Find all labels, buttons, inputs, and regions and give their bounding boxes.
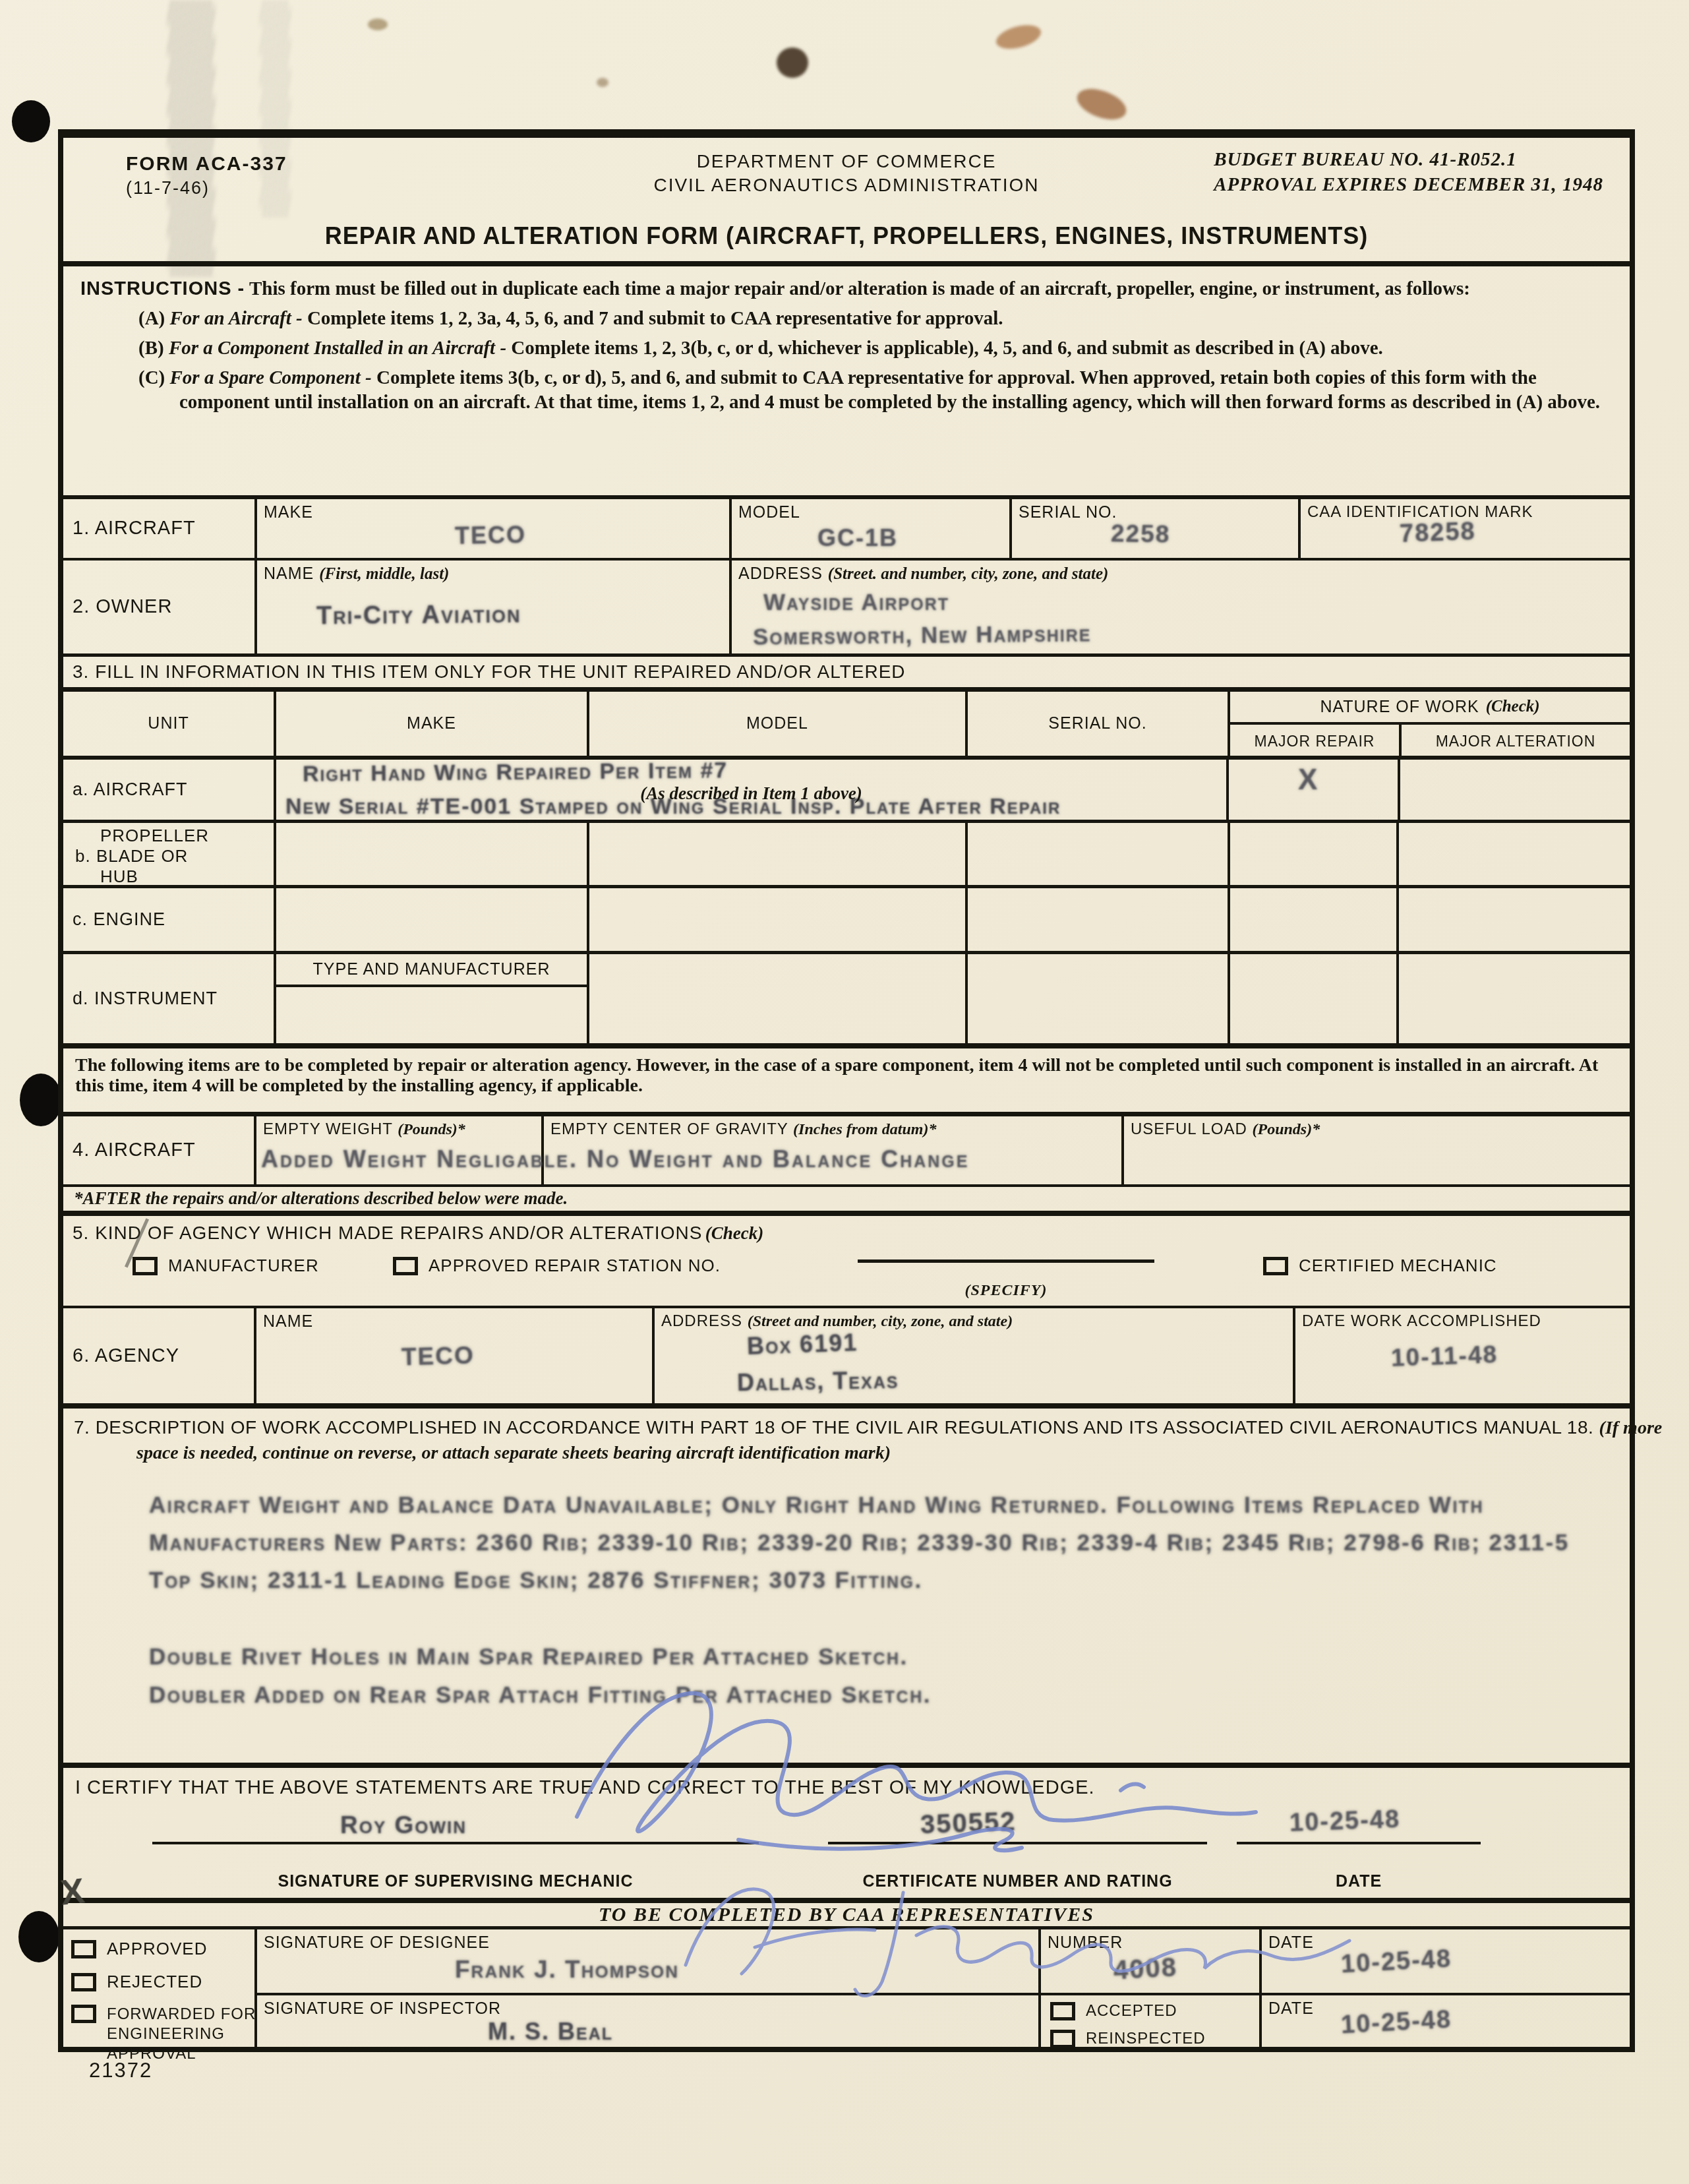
item6-date-cell: DATE WORK ACCOMPLISHED 10-11-48: [1293, 1308, 1630, 1403]
row-d-unit-cell: d. INSTRUMENT: [63, 954, 274, 1043]
agency-address-stamp-line1: Box 6191: [746, 1329, 858, 1360]
reinspected-option: REINSPECTED: [1050, 2030, 1206, 2048]
row-a-description-cell: Right Hand Wing Repaired Per Item #7 (As…: [274, 760, 1226, 820]
item3-table-header: UNIT MAKE MODEL SERIAL NO. NATURE OF WOR…: [63, 687, 1630, 756]
agency-name-stamp: TECO: [401, 1342, 475, 1372]
repair-station-option: APPROVED REPAIR STATION NO.: [393, 1256, 721, 1276]
item2-name-cell: NAME (First, middle, last) Tri-City Avia…: [254, 561, 729, 653]
repair-station-label: APPROVED REPAIR STATION NO.: [429, 1256, 721, 1276]
inspector-date-cell: DATE 10-25-48: [1259, 1995, 1630, 2047]
row-c-major-alteration-cell[interactable]: [1396, 888, 1630, 951]
row-b-serial-cell[interactable]: [965, 823, 1228, 885]
row-c-major-repair-cell[interactable]: [1228, 888, 1396, 951]
certified-mechanic-label: CERTIFIED MECHANIC: [1299, 1256, 1497, 1276]
manufacturer-label: MANUFACTURER: [168, 1256, 319, 1276]
caa-id-mark-label: CAA IDENTIFICATION MARK: [1307, 503, 1533, 522]
stain-mark: [597, 78, 608, 87]
manufacturer-option: MANUFACTURER: [133, 1256, 319, 1276]
specify-label: (SPECIFY): [858, 1282, 1154, 1300]
certified-mechanic-option: CERTIFIED MECHANIC: [1263, 1256, 1497, 1276]
description-stamp-para1: Aircraft Weight and Balance Data Unavail…: [149, 1486, 1593, 1599]
row-b-make-cell[interactable]: [274, 823, 587, 885]
accepted-checkbox[interactable]: [1050, 2002, 1075, 2020]
weight-balance-stamp: Added Weight Negligable. No Weight and B…: [261, 1145, 969, 1173]
approval-expires: APPROVAL EXPIRES DECEMBER 31, 1948: [1214, 172, 1603, 197]
inspector-date-label: DATE: [1268, 1999, 1314, 2018]
empty-weight-label: EMPTY WEIGHT (Pounds)*: [263, 1120, 465, 1139]
certified-mechanic-checkbox[interactable]: [1263, 1257, 1288, 1275]
punch-hole: [20, 1074, 62, 1126]
item1-serial-cell: SERIAL NO. 2258: [1009, 499, 1298, 558]
row-d-major-repair-cell[interactable]: [1228, 954, 1396, 1043]
table-row-aircraft: a. AIRCRAFT Right Hand Wing Repaired Per…: [63, 756, 1630, 820]
col-header-model: MODEL: [587, 692, 965, 756]
row-c-make-cell[interactable]: [274, 888, 587, 951]
row-a-major-alteration-cell[interactable]: [1398, 760, 1630, 820]
budget-bureau-block: BUDGET BUREAU NO. 41-R052.1 APPROVAL EXP…: [1214, 147, 1603, 197]
row-c-unit-cell: c. ENGINE: [63, 888, 274, 951]
item6-agency-row: 6. AGENCY NAME TECO ADDRESS (Street and …: [63, 1306, 1630, 1403]
item2-address-cell: ADDRESS (Street. and number, city, zone,…: [729, 561, 1630, 653]
reinspected-checkbox[interactable]: [1050, 2030, 1075, 2048]
item4-row-label-cell: 4. AIRCRAFT: [63, 1116, 254, 1184]
rejected-checkbox[interactable]: [71, 1973, 96, 1991]
item1-caa-mark-cell: CAA IDENTIFICATION MARK 78258: [1298, 499, 1630, 558]
item2-owner-row: 2. OWNER NAME (First, middle, last) Tri-…: [63, 558, 1630, 653]
table-row-propeller: PROPELLER b. BLADE OR HUB: [63, 820, 1630, 885]
item2-row-label: 2. OWNER: [73, 596, 172, 618]
item3-heading-bar: 3. FILL IN INFORMATION IN THIS ITEM ONLY…: [63, 653, 1630, 687]
instructions-intro: INSTRUCTIONS - This form must be filled …: [80, 277, 1613, 301]
empty-cg-label: EMPTY CENTER OF GRAVITY (Inches from dat…: [550, 1120, 936, 1139]
rejected-label: REJECTED: [107, 1972, 202, 1992]
punch-hole: [18, 1911, 59, 1962]
inspector-name-stamp: M. S. Beal: [488, 2018, 613, 2046]
date-work-accomplished-stamp: 10-11-48: [1390, 1341, 1498, 1372]
make-label: MAKE: [264, 503, 313, 522]
agency-address-stamp-line2: Dallas, Texas: [737, 1366, 899, 1397]
item6-row-label-cell: 6. AGENCY: [63, 1308, 254, 1403]
owner-name-stamp: Tri-City Aviation: [316, 601, 521, 631]
item2-row-label-cell: 2. OWNER: [63, 561, 254, 653]
accepted-option: ACCEPTED: [1050, 2002, 1177, 2020]
approved-option: APPROVED: [71, 1939, 208, 1959]
document-number: 21372: [89, 2059, 152, 2082]
forwarded-label: FORWARDED FOR ENGINEERING APPROVAL: [107, 2005, 256, 2064]
instruction-item-a: (A) For an Aircraft - Complete items 1, …: [80, 307, 1613, 331]
row-b-unit-cell: PROPELLER b. BLADE OR HUB: [63, 823, 274, 885]
col-header-make: MAKE: [274, 692, 587, 756]
spare-component-note: The following items are to be completed …: [63, 1043, 1630, 1112]
inspector-date-stamp: 10-25-48: [1340, 2006, 1452, 2040]
owner-address-stamp-line2: Somersworth, New Hampshire: [753, 621, 1092, 650]
row-b-model-cell[interactable]: [587, 823, 965, 885]
designee-name-stamp: Frank J. Thompson: [455, 1956, 679, 1984]
item4-useful-load-cell[interactable]: USEFUL LOAD (Pounds)*: [1121, 1116, 1630, 1184]
inspector-signature-cell: SIGNATURE OF INSPECTOR M. S. Beal: [257, 1995, 1038, 2047]
model-label: MODEL: [738, 503, 800, 522]
asterisk-footnote: *AFTER the repairs and/or alterations de…: [63, 1184, 1630, 1211]
item5-heading: 5. KIND OF AGENCY WHICH MADE REPAIRS AND…: [63, 1216, 1630, 1244]
table-row-engine: c. ENGINE: [63, 885, 1630, 951]
designee-signature-label: SIGNATURE OF DESIGNEE: [264, 1933, 490, 1953]
serial-value-stamp: 2258: [1111, 520, 1171, 549]
row-d-model-cell[interactable]: [587, 954, 965, 1043]
row-b-major-alteration-cell[interactable]: [1396, 823, 1630, 885]
col-header-unit: UNIT: [63, 692, 274, 756]
form-header: FORM ACA-337 (11-7-46) DEPARTMENT OF COM…: [63, 138, 1630, 261]
item7-heading: 7. DESCRIPTION OF WORK ACCOMPLISHED IN A…: [74, 1415, 1673, 1465]
approved-checkbox[interactable]: [71, 1940, 96, 1958]
forwarded-option: FORWARDED FOR ENGINEERING APPROVAL: [71, 2005, 256, 2064]
stain-mark: [993, 20, 1044, 53]
description-stamp-para2: Double Rivet Holes in Main Spar Repaired…: [149, 1638, 908, 1676]
stain-mark: [368, 18, 388, 30]
serial-no-label: SERIAL NO.: [1019, 503, 1117, 522]
repair-station-checkbox[interactable]: [393, 1257, 418, 1275]
reinspected-label: REINSPECTED: [1086, 2030, 1206, 2048]
spare-component-note-text: The following items are to be completed …: [63, 1048, 1630, 1096]
nature-of-work-header: NATURE OF WORK(Check): [1230, 692, 1630, 725]
inspector-result-cell: ACCEPTED REINSPECTED: [1038, 1995, 1259, 2047]
instruction-item-c: (C) For a Spare Component - Complete ite…: [80, 366, 1613, 415]
date-work-accomplished-label: DATE WORK ACCOMPLISHED: [1302, 1312, 1541, 1331]
item1-model-cell: MODEL GC-1B: [729, 499, 1009, 558]
make-value-stamp: TECO: [455, 521, 527, 550]
col-header-major-repair: MAJOR REPAIR: [1230, 725, 1402, 758]
col-header-serial: SERIAL NO.: [965, 692, 1228, 756]
model-value-stamp: GC-1B: [817, 524, 898, 552]
accepted-label: ACCEPTED: [1086, 2002, 1177, 2020]
pencil-x-mark: X: [59, 1870, 86, 1913]
instructions-section: INSTRUCTIONS - This form must be filled …: [63, 261, 1630, 495]
major-repair-x-mark: X: [1298, 764, 1319, 797]
row-c-serial-cell[interactable]: [965, 888, 1228, 951]
row-d-serial-cell[interactable]: [965, 954, 1228, 1043]
designee-signature-script: [663, 1856, 1414, 2001]
row-c-model-cell[interactable]: [587, 888, 965, 951]
forwarded-checkbox[interactable]: [71, 2005, 96, 2023]
budget-bureau-no: BUDGET BUREAU NO. 41-R052.1: [1214, 147, 1603, 172]
scanned-document-page: FORM ACA-337 (11-7-46) DEPARTMENT OF COM…: [0, 0, 1689, 2184]
row-a-major-repair-cell[interactable]: X: [1226, 760, 1398, 820]
row-a-printed-note: (As described in Item 1 above): [276, 783, 1226, 804]
col-header-nature-of-work: NATURE OF WORK(Check) MAJOR REPAIR MAJOR…: [1228, 692, 1630, 756]
instructions-heading: INSTRUCTIONS -: [80, 278, 245, 299]
owner-address-stamp-line1: Wayside Airport: [763, 590, 949, 616]
owner-address-label: ADDRESS (Street. and number, city, zone,…: [738, 564, 1108, 584]
col-header-major-alteration: MAJOR ALTERATION: [1402, 725, 1630, 758]
row-d-major-alteration-cell[interactable]: [1396, 954, 1630, 1043]
item6-name-cell: NAME TECO: [254, 1308, 652, 1403]
mechanic-signature-script: [541, 1675, 1319, 1866]
item6-address-cell: ADDRESS (Street and number, city, zone, …: [652, 1308, 1293, 1403]
repair-station-number-line[interactable]: [858, 1259, 1154, 1263]
agency-name-label: NAME: [263, 1312, 313, 1331]
mechanic-name-stamp: Roy Gowin: [340, 1811, 467, 1839]
row-b-major-repair-cell[interactable]: [1228, 823, 1396, 885]
asterisk-footnote-text: *AFTER the repairs and/or alterations de…: [63, 1187, 1630, 1209]
owner-name-label: NAME (First, middle, last): [264, 564, 449, 584]
item5-agency-kind-section: 5. KIND OF AGENCY WHICH MADE REPAIRS AND…: [63, 1211, 1630, 1306]
item1-make-cell: MAKE TECO: [254, 499, 729, 558]
table-row-instrument: d. INSTRUMENT TYPE AND MANUFACTURER: [63, 951, 1630, 1043]
item1-aircraft-row: 1. AIRCRAFT MAKE TECO MODEL GC-1B SERIAL…: [63, 495, 1630, 558]
caa-id-mark-stamp: 78258: [1399, 518, 1476, 549]
item1-row-label: 1. AIRCRAFT: [73, 518, 196, 539]
agency-address-label: ADDRESS (Street and number, city, zone, …: [661, 1312, 1013, 1331]
type-and-manufacturer-subheader: TYPE AND MANUFACTURER: [276, 954, 587, 987]
rejected-option: REJECTED: [71, 1972, 202, 1992]
approved-label: APPROVED: [107, 1939, 208, 1959]
punch-hole: [12, 100, 50, 142]
instruction-item-b: (B) For a Component Installed in an Airc…: [80, 336, 1613, 361]
inspector-signature-label: SIGNATURE OF INSPECTOR: [264, 1999, 501, 2018]
item3-heading: 3. FILL IN INFORMATION IN THIS ITEM ONLY…: [73, 661, 906, 682]
row-a-unit-cell: a. AIRCRAFT: [63, 760, 274, 820]
row-d-make-cell[interactable]: TYPE AND MANUFACTURER: [274, 954, 587, 1043]
caa-decision-column: APPROVED REJECTED FORWARDED FOR ENGINEER…: [63, 1929, 254, 2050]
staple-mark: [777, 47, 808, 78]
manufacturer-checkbox[interactable]: [133, 1257, 158, 1275]
stain-mark: [1073, 83, 1131, 125]
item4-aircraft-weights-row: 4. AIRCRAFT EMPTY WEIGHT (Pounds)* EMPTY…: [63, 1112, 1630, 1184]
useful-load-label: USEFUL LOAD (Pounds)*: [1131, 1120, 1320, 1139]
form-title: REPAIR AND ALTERATION FORM (AIRCRAFT, PR…: [63, 222, 1630, 250]
item1-row-label-cell: 1. AIRCRAFT: [63, 499, 254, 558]
